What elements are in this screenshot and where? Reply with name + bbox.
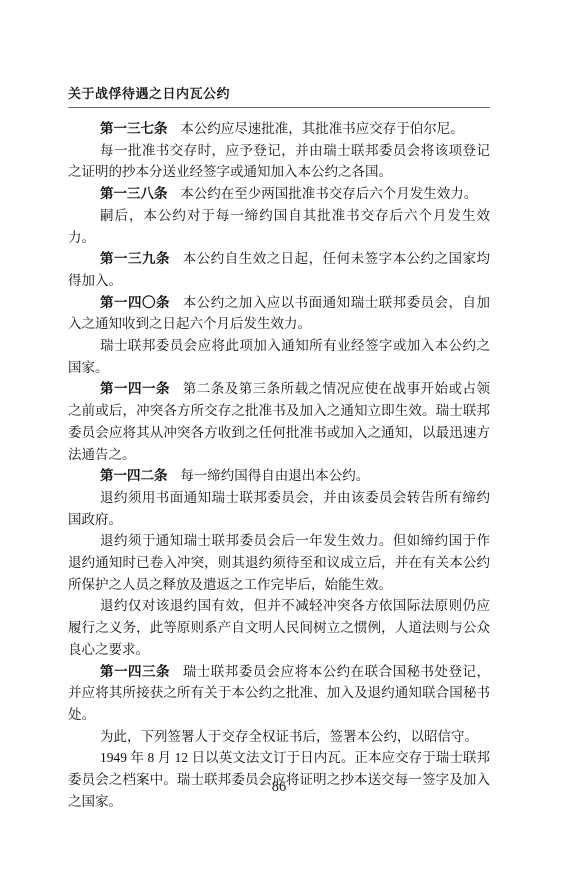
paragraph: 退约须用书面通知瑞士联邦委员会，并由该委员会转告所有缔约国政府。	[68, 487, 490, 530]
paragraph-article-140: 第一四〇条本公约之加入应以书面通知瑞士联邦委员会，自加入之通知收到之日起六个月后…	[68, 292, 490, 335]
paragraph-text: 退约仅对该退约国有效，但并不减轻冲突各方依国际法原则仍应履行之义务，此等原则系产…	[68, 598, 490, 656]
running-header: 关于战俘待遇之日内瓦公约	[68, 86, 490, 108]
paragraph-article-138: 第一三八条本公约在至少两国批准书交存后六个月发生效力。	[68, 183, 490, 205]
paragraph-article-141: 第一四一条第二条及第三条所载之情况应使在战事开始或占领之前或后，冲突各方所交存之…	[68, 378, 490, 465]
paragraph-article-139: 第一三九条本公约自生效之日起，任何未签字本公约之国家均得加入。	[68, 248, 490, 291]
article-number: 第一四三条	[100, 664, 170, 679]
paragraph-article-143: 第一四三条瑞士联邦委员会应将本公约在联合国秘书处登记，并应将其所接获之所有关于本…	[68, 661, 490, 726]
document-page: 关于战俘待遇之日内瓦公约 第一三七条本公约应尽速批准，其批准书应交存于伯尔尼。 …	[0, 0, 586, 869]
paragraph: 嗣后，本公约对于每一缔约国自其批准书交存后六个月发生效力。	[68, 205, 490, 248]
paragraph-text: 瑞士联邦委员会应将此项加入通知所有业经签字或加入本公约之国家。	[68, 338, 490, 375]
page-number: 86	[272, 779, 287, 795]
paragraph-text: 为此，下列签署人于交存全权证书后，签署本公约，以昭信守。	[100, 729, 478, 744]
paragraph-text: 退约须用书面通知瑞士联邦委员会，并由该委员会转告所有缔约国政府。	[68, 490, 490, 527]
paragraph: 瑞士联邦委员会应将此项加入通知所有业经签字或加入本公约之国家。	[68, 335, 490, 378]
paragraph-text: 每一缔约国得自由退出本公约。	[180, 468, 369, 483]
paragraph: 每一批准书交存时，应予登记，并由瑞士联邦委员会将该项登记之证明的抄本分送业经签字…	[68, 140, 490, 183]
paragraph-text: 退约须于通知瑞士联邦委员会后一年发生效力。但如缔约国于作退约通知时已卷入冲突，则…	[68, 533, 490, 591]
paragraph: 退约须于通知瑞士联邦委员会后一年发生效力。但如缔约国于作退约通知时已卷入冲突，则…	[68, 530, 490, 595]
article-number: 第一四一条	[100, 381, 170, 396]
paragraph-article-137: 第一三七条本公约应尽速批准，其批准书应交存于伯尔尼。	[68, 118, 490, 140]
article-number: 第一三八条	[100, 186, 168, 201]
document-body: 第一三七条本公约应尽速批准，其批准书应交存于伯尔尼。 每一批准书交存时，应予登记…	[68, 118, 490, 813]
paragraph-text: 嗣后，本公约对于每一缔约国自其批准书交存后六个月发生效力。	[68, 208, 490, 245]
article-number: 第一三九条	[100, 251, 170, 266]
paragraph-article-142: 第一四二条每一缔约国得自由退出本公约。	[68, 465, 490, 487]
article-number: 第一四〇条	[100, 295, 170, 310]
page-footer: 86	[68, 779, 490, 796]
article-number: 第一四二条	[100, 468, 168, 483]
paragraph-text: 每一批准书交存时，应予登记，并由瑞士联邦委员会将该项登记之证明的抄本分送业经签字…	[68, 143, 490, 180]
article-number: 第一三七条	[100, 121, 168, 136]
paragraph: 退约仅对该退约国有效，但并不减轻冲突各方依国际法原则仍应履行之义务，此等原则系产…	[68, 595, 490, 660]
paragraph-text: 本公约应尽速批准，其批准书应交存于伯尔尼。	[180, 121, 464, 136]
text-column: 关于战俘待遇之日内瓦公约 第一三七条本公约应尽速批准，其批准书应交存于伯尔尼。 …	[68, 86, 490, 813]
running-header-title: 关于战俘待遇之日内瓦公约	[68, 86, 230, 101]
paragraph-text: 本公约在至少两国批准书交存后六个月发生效力。	[180, 186, 477, 201]
paragraph: 为此，下列签署人于交存全权证书后，签署本公约，以昭信守。	[68, 726, 490, 748]
